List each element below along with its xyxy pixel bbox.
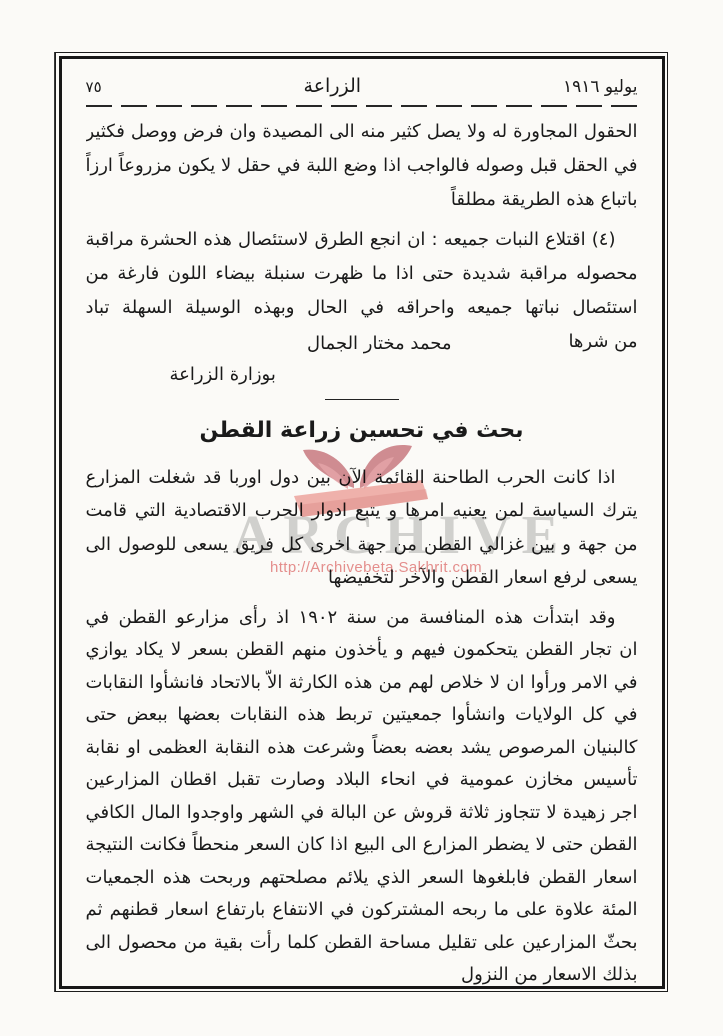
page-header: يوليو ١٩١٦ الزراعة ٧٥ xyxy=(86,75,638,102)
text-line: كالبنيان المرصوص يشد بعضه بعضاً وشرعت هذ… xyxy=(86,732,638,765)
text-line: تأسيس مخازن عمومية في انحاء البلاد وصارت… xyxy=(86,764,638,797)
text-line: من جهة و بين غزالي القطن من جهة اخرى كل … xyxy=(86,528,638,562)
text-line: في كل الولايات وانشأوا جمعيتين تربط هذه … xyxy=(86,699,638,732)
text-line: يسعى لرفع اسعار القطن والآخر لتخفيضها xyxy=(86,561,638,595)
signature-name: محمد مختار الجمال xyxy=(307,327,452,361)
article1-paragraph-1: الحقول المجاورة له ولا يصل كثير منه الى … xyxy=(86,115,638,217)
signature-line: من شرها محمد مختار الجمال xyxy=(86,325,638,359)
text-line: ان تجار القطن يتحكمون فيهم و يأخذون منهم… xyxy=(86,634,638,667)
text-line: (٤) اقتلاع النبات جميعه : ان انجع الطرق … xyxy=(86,223,638,257)
body-text: الحقول المجاورة له ولا يصل كثير منه الى … xyxy=(86,115,638,992)
text-line: بحثّ المزارعين على تقليل مساحة القطن كلم… xyxy=(86,927,638,960)
issue-date: يوليو ١٩١٦ xyxy=(563,77,638,97)
text-line: يترك السياسة لمن يعنيه امرها و يتبع ادوا… xyxy=(86,494,638,528)
header-divider xyxy=(86,105,638,107)
text-line: بذلك الاسعار من النزول xyxy=(86,959,638,992)
article2-paragraph-1: اذا كانت الحرب الطاحنة القائمة الآن بين … xyxy=(86,461,638,595)
text-line: في الامر ورأوا ان لا خلاص لهم من هذه الك… xyxy=(86,667,638,700)
text-line: وقد ابتدأت هذه المنافسة من سنة ١٩٠٢ اذ ر… xyxy=(86,602,638,635)
article2-title: بحث في تحسين زراعة القطن xyxy=(86,413,638,449)
text-line: باتباع هذه الطريقة مطلقاً xyxy=(86,183,638,217)
text-line: اجر زهيدة لا تتجاوز ثلاثة قروش عن البالة… xyxy=(86,797,638,830)
text-line: القطن حتى لا يضطر المزارع الى البيع اذا … xyxy=(86,829,638,862)
page-number: ٧٥ xyxy=(86,78,102,96)
text-line: في الحقل قبل وصوله فالواجب اذا وضع اللبة… xyxy=(86,149,638,183)
section-divider xyxy=(325,399,399,400)
text-line: اسعار القطن فابلغوها السعر الذي يلائم مص… xyxy=(86,862,638,895)
text-line: اذا كانت الحرب الطاحنة القائمة الآن بين … xyxy=(86,461,638,495)
paragraph-closing-text: من شرها xyxy=(568,331,637,352)
signature-organization: بوزارة الزراعة xyxy=(170,359,276,391)
article2-paragraph-2: وقد ابتدأت هذه المنافسة من سنة ١٩٠٢ اذ ر… xyxy=(86,602,638,992)
article1-paragraph-2: (٤) اقتلاع النبات جميعه : ان انجع الطرق … xyxy=(86,223,638,325)
text-line: محصوله مراقبة شديدة حتى اذا ما ظهرت سنبل… xyxy=(86,257,638,291)
text-line: المئة علاوة على ما ربحه المشتركون في الا… xyxy=(86,894,638,927)
page-frame-outer: يوليو ١٩١٦ الزراعة ٧٥ الحقول المجاورة له… xyxy=(55,52,668,992)
page-content: يوليو ١٩١٦ الزراعة ٧٥ الحقول المجاورة له… xyxy=(68,65,656,980)
page-frame-inner: يوليو ١٩١٦ الزراعة ٧٥ الحقول المجاورة له… xyxy=(59,56,665,989)
text-line: الحقول المجاورة له ولا يصل كثير منه الى … xyxy=(86,115,638,149)
scanned-document-page: يوليو ١٩١٦ الزراعة ٧٥ الحقول المجاورة له… xyxy=(0,0,723,1036)
journal-title: الزراعة xyxy=(304,75,362,97)
text-line: استئصال نباتها جميعه واحراقه في الحال وب… xyxy=(86,291,638,325)
